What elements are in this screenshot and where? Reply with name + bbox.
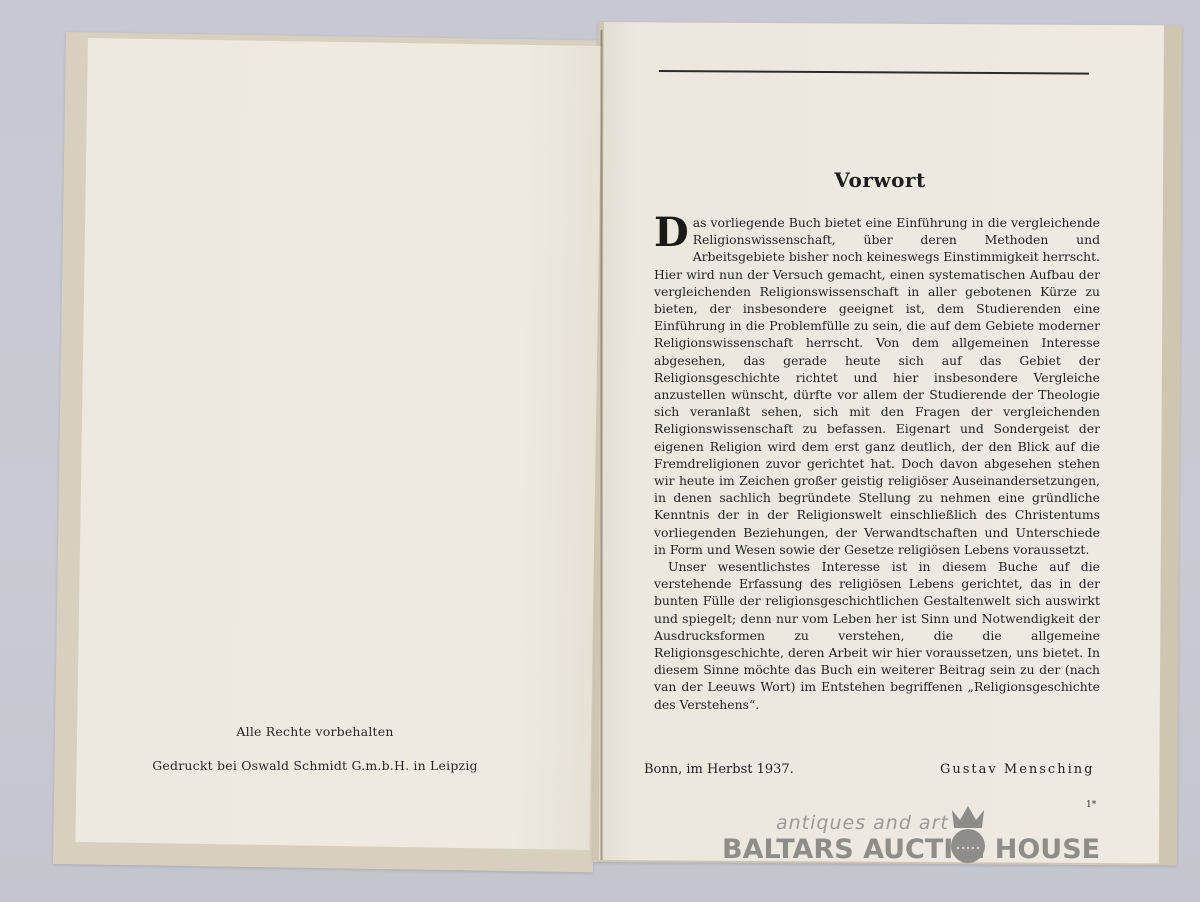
page-title: Vorwort <box>640 168 1120 192</box>
author-signature: Gustav Mensching <box>940 762 1094 777</box>
page-number: 1* <box>1086 800 1096 810</box>
paragraph-1-text: as vorliegende Buch bietet eine Einführu… <box>654 215 1100 557</box>
drop-cap: D <box>654 216 689 250</box>
imprint-rights: Alle Rechte vorbehalten <box>150 724 480 739</box>
place-date: Bonn, im Herbst 1937. <box>644 762 794 777</box>
watermark-name: BALTARS AUCTI N HOUSE <box>722 834 1100 865</box>
book-gutter <box>600 30 603 860</box>
imprint-printer: Gedruckt bei Oswald Schmidt G.m.b.H. in … <box>150 758 480 773</box>
foreword-body: Das vorliegende Buch bietet eine Einführ… <box>654 214 1100 713</box>
paragraph-1: Das vorliegende Buch bietet eine Einführ… <box>654 214 1100 558</box>
paragraph-2: Unser wesentlichstes Interesse ist in di… <box>654 558 1100 713</box>
crown-icon <box>948 806 988 866</box>
watermark-tagline: antiques and art <box>776 812 949 834</box>
